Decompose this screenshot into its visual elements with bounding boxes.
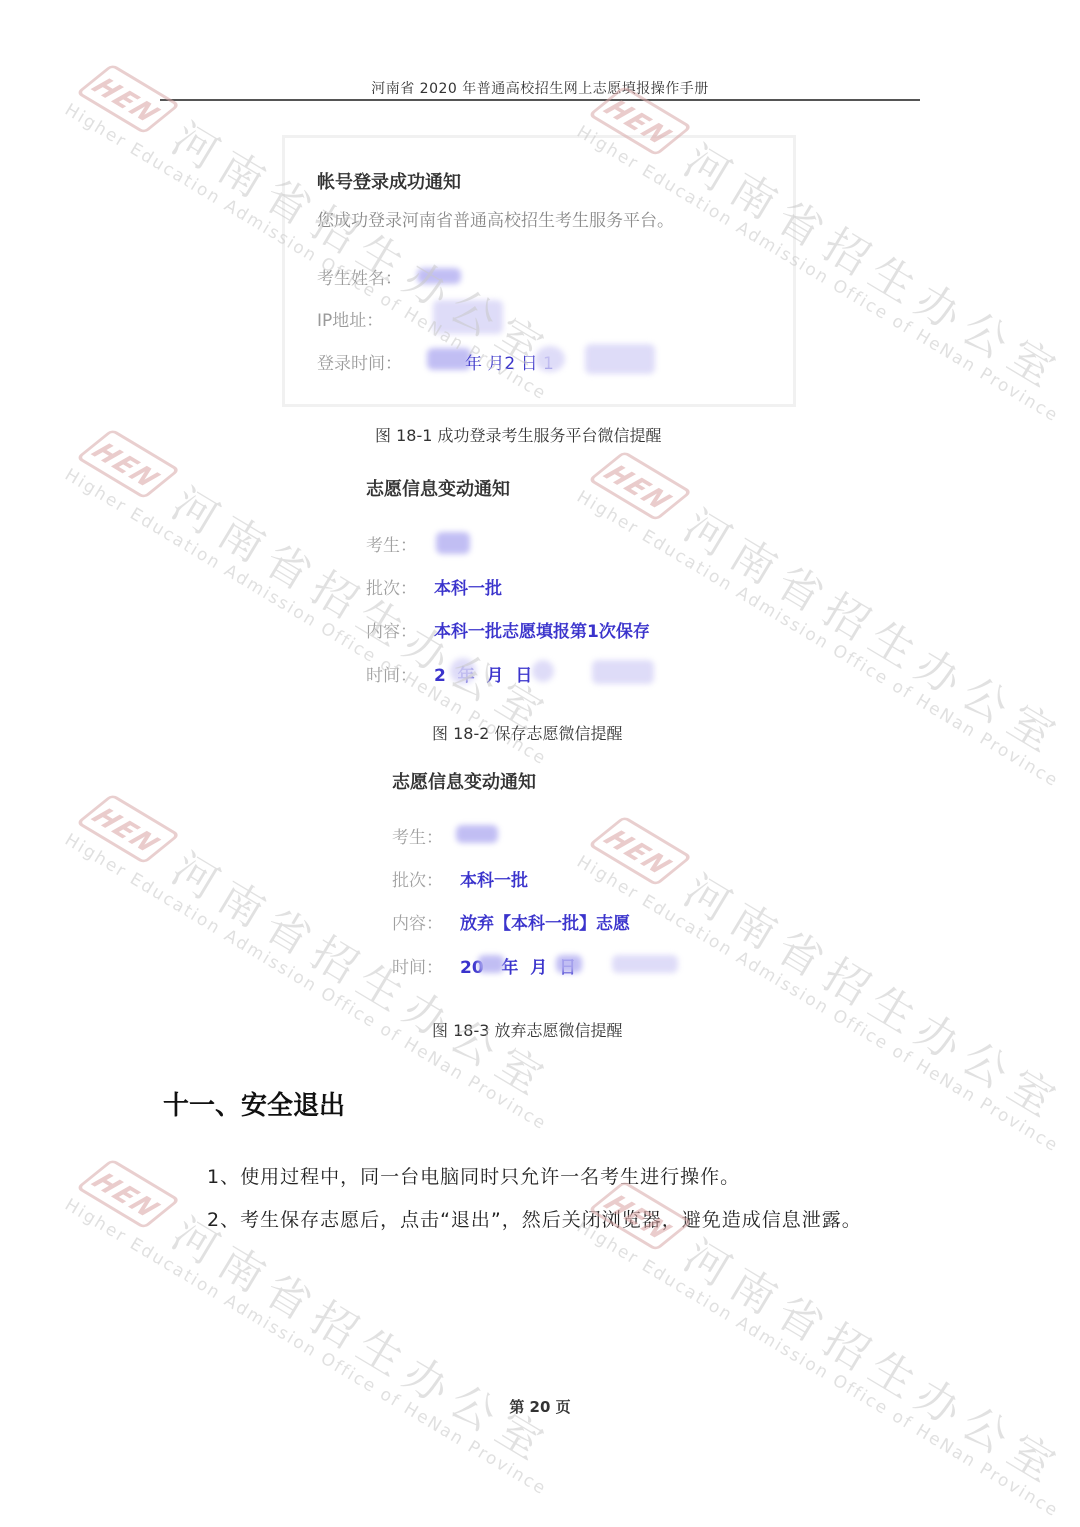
redacted-time-part — [532, 660, 554, 682]
figure-caption-18-3: 图 18-3 放弃志愿微信提醒 — [432, 1018, 623, 1041]
save-notice-row-batch: 批次： 本科一批 — [366, 574, 417, 599]
abandon-notice-row-time: 时间： 20 年 月 日 — [392, 953, 443, 978]
redacted-name — [417, 268, 461, 284]
figure-caption-18-2: 图 18-2 保存志愿微信提醒 — [432, 721, 623, 744]
figure-caption-18-1: 图 18-1 成功登录考生服务平台微信提醒 — [375, 423, 662, 446]
row-label: 时间： — [366, 666, 417, 686]
abandon-notice-title: 志愿信息变动通知 — [392, 768, 536, 794]
redacted-time-part — [535, 346, 565, 372]
watermark-en-text: Higher Education Admission Office of HeN… — [573, 1217, 1062, 1522]
watermark: HEN 河南省招生办公室 Higher Education Admission … — [550, 820, 1006, 1160]
save-notice-title: 志愿信息变动通知 — [366, 475, 510, 501]
redacted-student — [456, 825, 498, 843]
row-label: 登录时间： — [317, 349, 402, 374]
content-value: 放弃【本科一批】志愿 — [460, 909, 630, 934]
watermark-logo-icon: HEN — [588, 816, 693, 887]
batch-value: 本科一批 — [460, 866, 528, 891]
watermark-cn-text: 河南省招生办公室 — [674, 491, 1077, 768]
login-notice-row-ip: IP地址： — [317, 306, 383, 331]
redacted-time-part — [450, 658, 476, 684]
redacted-ip — [433, 300, 503, 334]
row-label: 内容： — [392, 914, 443, 934]
content-value: 本科一批志愿填报第1次保存 — [434, 617, 650, 642]
login-notice-row-time: 登录时间： — [317, 349, 402, 374]
login-notice-card: 帐号登录成功通知 您成功登录河南省普通高校招生考生服务平台。 考生姓名： IP地… — [282, 135, 796, 407]
login-notice-row-name: 考生姓名： — [317, 264, 402, 289]
time-value: 2 年 月 日 — [434, 661, 532, 686]
row-label: 批次： — [366, 579, 417, 599]
watermark: HEN 河南省招生办公室 Higher Education Admission … — [550, 1185, 1006, 1525]
redacted-time-part — [592, 660, 654, 684]
row-label: 考生： — [366, 536, 417, 556]
row-label: 考生： — [392, 828, 443, 848]
login-notice-subtitle: 您成功登录河南省普通高校招生考生服务平台。 — [317, 206, 674, 231]
watermark-en-text: Higher Education Admission Office of HeN… — [61, 1195, 550, 1500]
row-label: 考生姓名： — [317, 264, 402, 289]
redacted-student — [436, 532, 470, 554]
abandon-notice-row-content: 内容： 放弃【本科一批】志愿 — [392, 909, 443, 934]
save-notice-row-content: 内容： 本科一批志愿填报第1次保存 — [366, 617, 417, 642]
watermark-cn-text: 河南省招生办公室 — [162, 1199, 565, 1476]
watermark-cn-text: 河南省招生办公室 — [162, 469, 565, 746]
batch-value: 本科一批 — [434, 574, 502, 599]
row-label: 内容： — [366, 622, 417, 642]
watermark-cn-text: 河南省招生办公室 — [674, 1221, 1077, 1498]
redacted-time-part — [556, 955, 582, 973]
save-notice-row-time: 时间： 2 年 月 日 — [366, 661, 417, 686]
row-label: IP地址： — [317, 306, 383, 331]
watermark-logo-icon: HEN — [76, 1159, 181, 1230]
login-notice-title: 帐号登录成功通知 — [317, 168, 461, 194]
watermark-logo-icon: HEN — [588, 451, 693, 522]
redacted-time-part — [612, 955, 678, 973]
watermark-logo-icon: HEN — [76, 429, 181, 500]
paragraph-2: 2、考生保存志愿后，点击“退出”，然后关闭浏览器，避免造成信息泄露。 — [207, 1205, 862, 1232]
section-heading: 十一、安全退出 — [163, 1085, 345, 1122]
row-label: 批次： — [392, 871, 443, 891]
page-number: 第 20 页 — [0, 1396, 1080, 1417]
redacted-time-part — [585, 344, 655, 374]
save-notice-row-student: 考生： — [366, 531, 417, 556]
watermark-logo-icon: HEN — [76, 794, 181, 865]
paragraph-1: 1、使用过程中，同一台电脑同时只允许一名考生进行操作。 — [207, 1162, 740, 1189]
abandon-notice-row-batch: 批次： 本科一批 — [392, 866, 443, 891]
row-label: 时间： — [392, 958, 443, 978]
header-divider — [160, 99, 920, 101]
document-header-title: 河南省 2020 年普通高校招生网上志愿填报操作手册 — [160, 78, 920, 98]
watermark-en-text: Higher Education Admission Office of HeN… — [573, 852, 1062, 1157]
redacted-time-part — [478, 955, 504, 973]
abandon-notice-row-student: 考生： — [392, 823, 443, 848]
watermark-cn-text: 河南省招生办公室 — [674, 856, 1077, 1133]
